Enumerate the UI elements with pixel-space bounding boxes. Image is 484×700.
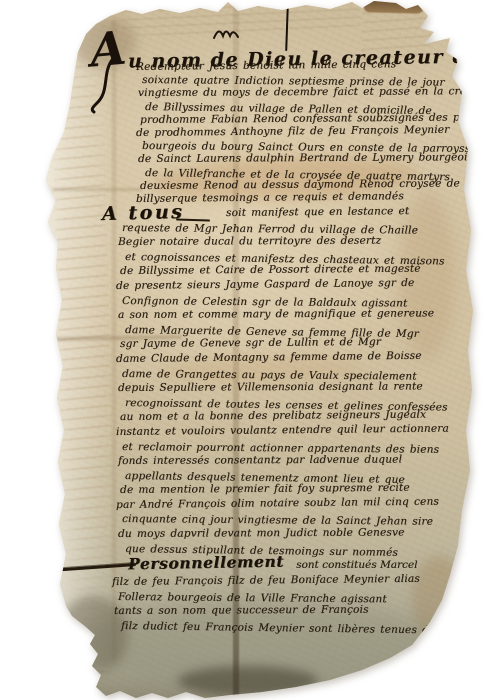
- manuscript-line: de Sainct Laurens daulphin Bertrand de L…: [138, 151, 484, 166]
- section-3-body: filz de feu François filz de feu Bonifac…: [112, 575, 473, 633]
- manuscript-line: instantz et vouloirs voulantz entendre q…: [116, 421, 449, 439]
- manuscript-line: tants a son nom que successeur de Franço…: [114, 602, 473, 618]
- manuscript-line: a son nom et comme mary de magnifique et…: [118, 306, 449, 322]
- paragraph-1: Redempteur Jesus benoist lan mille cinq …: [136, 61, 484, 206]
- section-3-heading-rest: sont constitués Marcel: [296, 559, 417, 571]
- initial-swash-tail: [90, 58, 124, 114]
- manuscript-line: par André François olim notaire soubz la…: [116, 494, 449, 512]
- pen-flourish-icon: [212, 24, 240, 42]
- manuscript-line: de prodhommes Anthoyne filz de feu Franç…: [136, 123, 484, 140]
- horizontal-crease: [52, 188, 142, 191]
- manuscript-line: Redempteur Jesus benoist lan mille cinq …: [136, 57, 484, 74]
- section-3-heading-row: Personnellement sont constitués Marcel: [128, 553, 417, 572]
- stain-bottom-dark: [178, 666, 318, 696]
- section-2-body: soit manifest que en lestance etrequeste…: [116, 206, 449, 556]
- manuscript-line: du moys dapvril devant mon Judict noble …: [118, 525, 449, 541]
- manuscript-line: soit manifest que en lestance et: [226, 204, 449, 221]
- manuscript-line: filz de feu François filz de feu Bonifac…: [112, 571, 473, 589]
- manuscript-line: de presentz sieurs Jayme Gaspard de Lano…: [116, 275, 449, 293]
- section-opening-personnellement: Personnellement: [128, 552, 284, 574]
- manuscript-line: dame Claude de Montagny sa femme dame de…: [116, 348, 449, 366]
- manuscript-line: vingtiesme du moys de decembre faict et …: [138, 86, 484, 101]
- manuscript-photo: A u nom de Dieu le createur etc Redempte…: [0, 0, 484, 700]
- manuscript-line: Begier notaire ducal du territoyre des d…: [118, 233, 449, 249]
- manuscript-line: depuis Sepulliere et Villemensonia desig…: [118, 379, 449, 395]
- torn-paper-curl: [42, 645, 94, 700]
- paper-shadow: A u nom de Dieu le createur etc Redempte…: [0, 0, 484, 700]
- torn-edge-fragment: [364, 0, 424, 14]
- paper-sheet: A u nom de Dieu le createur etc Redempte…: [0, 0, 484, 700]
- manuscript-line: fonds interessés consentantz par ladvenu…: [118, 452, 449, 468]
